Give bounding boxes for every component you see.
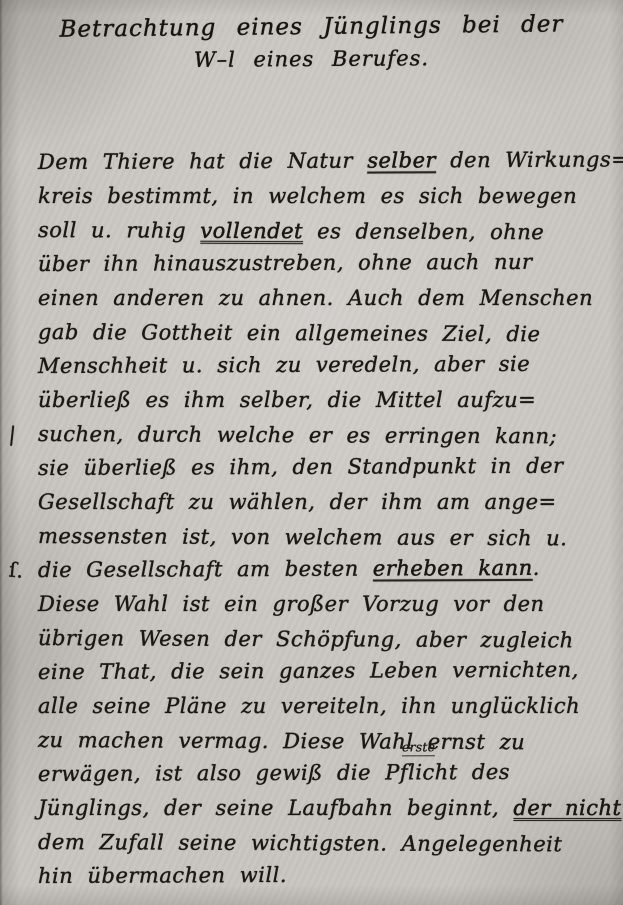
underlined-text: vollendet: [200, 219, 303, 243]
underlined-text: der nicht: [513, 796, 621, 820]
manuscript-line-10: sie überließ es ihm, den Standpunkt in d…: [38, 448, 616, 485]
manuscript-line-8: überließ es ihm selber, die Mittel aufzu…: [38, 383, 616, 417]
manuscript-line-1: Dem Thiere hat die Natur selber den Wirk…: [38, 142, 616, 179]
manuscript-line-7: Menschheit u. sich zu veredeln, aber sie: [38, 346, 616, 383]
manuscript-line-14: Diese Wahl ist ein großer Vorzug vor den: [38, 587, 616, 621]
margin-mark: |: [7, 417, 18, 452]
manuscript-line-17: alle seine Pläne zu vereiteln, ihn unglü…: [38, 689, 616, 723]
manuscript-line-20: Jünglings, der seine Laufbahn beginnt, d…: [38, 791, 616, 825]
manuscript-photo: Betrachtung eines Jünglings bei der W–l …: [0, 0, 623, 905]
manuscript-body: Dem Thiere hat die Natur selber den Wirk…: [0, 0, 623, 905]
underlined-text: selber: [367, 148, 436, 172]
manuscript-line-11: Gesellschaft zu wählen, der ihm am ange=: [38, 485, 616, 519]
manuscript-line-22: hin übermachen will.: [38, 856, 616, 893]
manuscript-line-5: einen anderen zu ahnen. Auch dem Mensche…: [38, 281, 616, 315]
manuscript-line-4: über ihn hinauszustreben, ohne auch nur: [38, 244, 616, 281]
manuscript-line-19: erwägen, ist also gewiß die Pflicht dese…: [38, 754, 616, 791]
inserted-word: erste: [402, 741, 435, 756]
margin-mark: ſ.: [7, 552, 25, 587]
manuscript-line-13: ſ.die Gesellschaft am besten erheben kan…: [38, 550, 616, 587]
manuscript-line-2: kreis bestimmt, in welchem es sich beweg…: [38, 179, 616, 213]
manuscript-line-16: eine That, die sein ganzes Leben vernich…: [38, 652, 616, 689]
underlined-text: erheben kann: [373, 556, 533, 581]
